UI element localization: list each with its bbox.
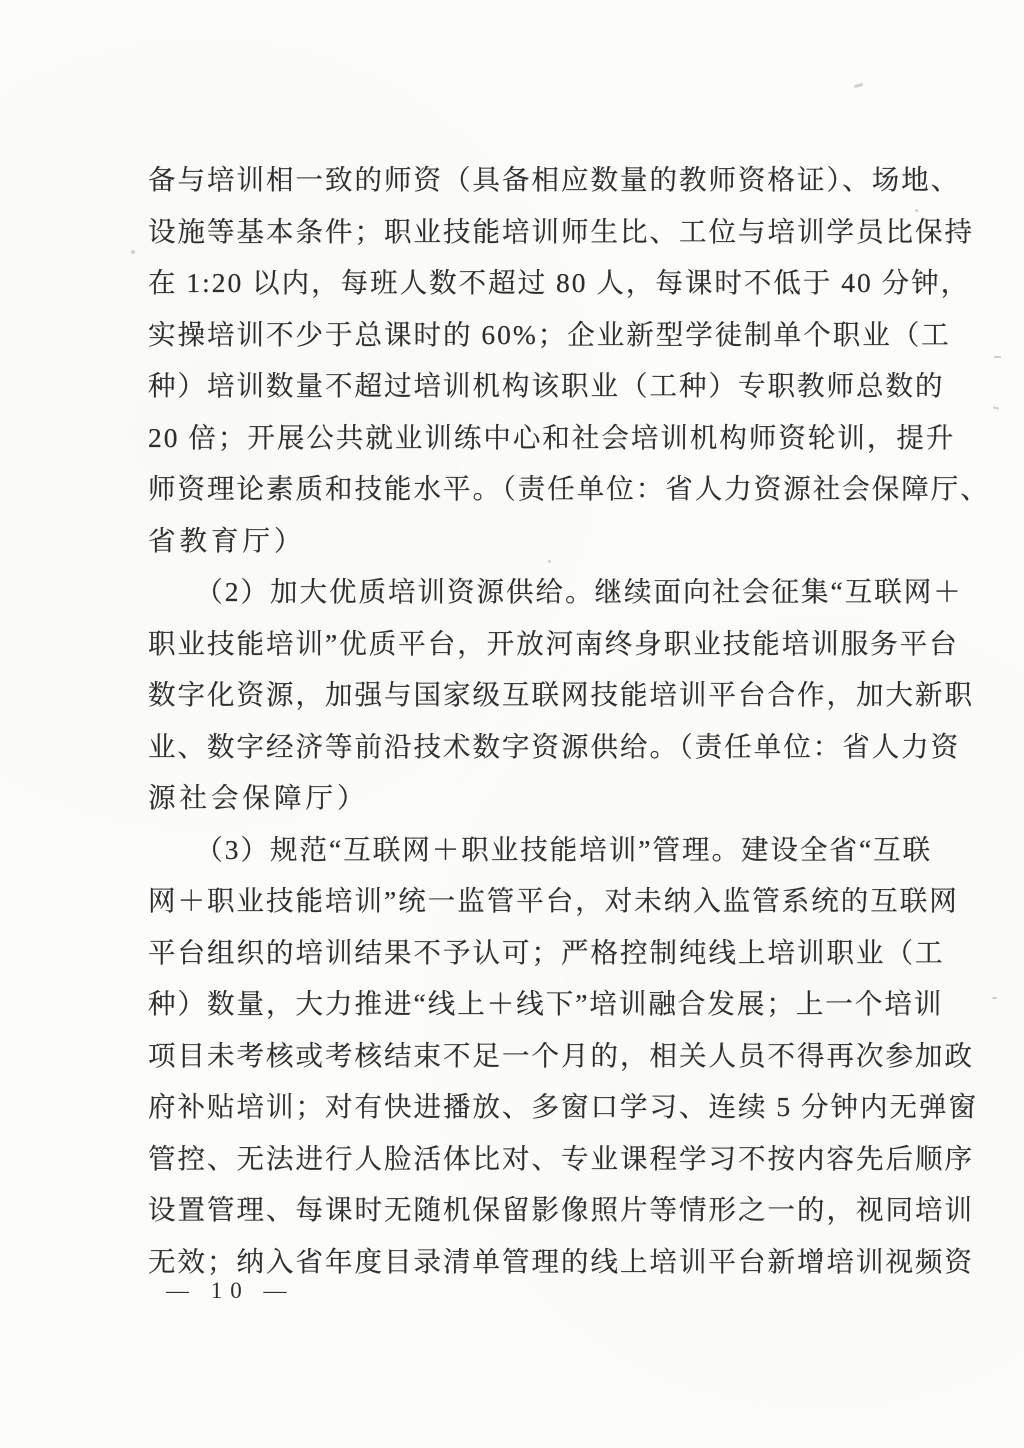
text-line: 师资理论素质和技能水平。（责任单位：省人力资源社会保障厅、 bbox=[148, 463, 910, 515]
text-line: 平台组织的培训结果不予认可；严格控制纯线上培训职业（工 bbox=[148, 927, 910, 979]
scan-speck bbox=[993, 406, 999, 409]
text-line: 备与培训相一致的师资（具备相应数量的教师资格证）、场地、 bbox=[148, 154, 910, 206]
text-line: 20 倍；开展公共就业训练中心和社会培训机构师资轮训，提升 bbox=[148, 412, 910, 464]
text-line: 网＋职业技能培训”统一监管平台，对未纳入监管系统的互联网 bbox=[148, 875, 910, 927]
text-line: 府补贴培训；对有快进播放、多窗口学习、连续 5 分钟内无弹窗 bbox=[148, 1081, 910, 1133]
text-line: 省教育厅） bbox=[148, 515, 910, 567]
scan-speck bbox=[994, 356, 1001, 358]
text-line paragraph-2-start: （2）加大优质培训资源供给。继续面向社会征集“互联网＋ bbox=[148, 566, 910, 618]
scan-speck bbox=[992, 997, 997, 999]
text-line: 设施等基本条件；职业技能培训师生比、工位与培训学员比保持 bbox=[148, 206, 910, 258]
scan-speck bbox=[915, 209, 918, 212]
text-line: 数字化资源，加强与国家级互联网技能培训平台合作，加大新职 bbox=[148, 669, 910, 721]
text-line: 种）数量，大力推进“线上＋线下”培训融合发展；上一个培训 bbox=[148, 978, 910, 1030]
text-line: 在 1:20 以内，每班人数不超过 80 人，每课时不低于 40 分钟， bbox=[148, 257, 910, 309]
document-page: 备与培训相一致的师资（具备相应数量的教师资格证）、场地、 设施等基本条件；职业技… bbox=[0, 0, 1024, 1448]
scan-speck bbox=[854, 83, 863, 88]
text-line: 职业技能培训”优质平台，开放河南终身职业技能培训服务平台 bbox=[148, 618, 910, 670]
text-line: 源社会保障厅） bbox=[148, 772, 910, 824]
scan-speck bbox=[131, 250, 135, 254]
text-line: 实操培训不少于总课时的 60%；企业新型学徒制单个职业（工 bbox=[148, 309, 910, 361]
scan-speck bbox=[548, 560, 551, 563]
text-line: 设置管理、每课时无随机保留影像照片等情形之一的，视同培训 bbox=[148, 1184, 910, 1236]
page-number: — 10 — bbox=[166, 1278, 295, 1304]
text-line paragraph-3-start: （3）规范“互联网＋职业技能培训”管理。建设全省“互联 bbox=[148, 824, 910, 876]
text-line: 管控、无法进行人脸活体比对、专业课程学习不按内容先后顺序 bbox=[148, 1133, 910, 1185]
text-line: 项目未考核或考核结束不足一个月的，相关人员不得再次参加政 bbox=[148, 1030, 910, 1082]
body-text-block: 备与培训相一致的师资（具备相应数量的教师资格证）、场地、 设施等基本条件；职业技… bbox=[148, 154, 910, 1287]
text-line: 业、数字经济等前沿技术数字资源供给。（责任单位：省人力资 bbox=[148, 721, 910, 773]
text-line: 种）培训数量不超过培训机构该职业（工种）专职教师总数的 bbox=[148, 360, 910, 412]
